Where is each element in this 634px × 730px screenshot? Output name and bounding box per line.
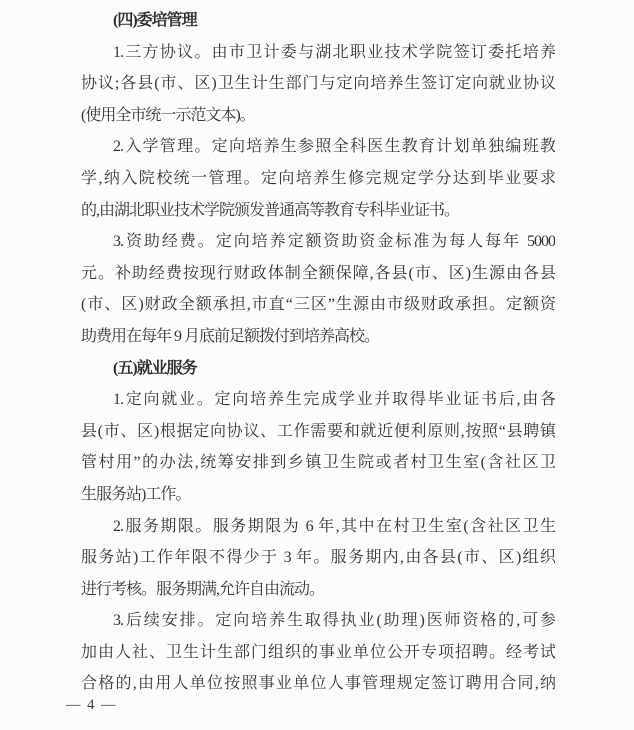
text-line: 县(市、区)根据定向协议、工作需要和就近便利原则,按照“县聘镇 bbox=[81, 416, 555, 448]
text-line: 学,纳入院校统一管理。定向培养生修完规定学分达到毕业要求 bbox=[81, 163, 555, 195]
page-number: — 4 — bbox=[66, 696, 117, 714]
text-line: (使用全市统一示范文本)。 bbox=[81, 100, 555, 132]
document-page: (四)委培管理 1.三方协议。由市卫计委与湖北职业技术学院签订委托培养 协议;各… bbox=[0, 0, 634, 730]
text-line: 加由人社、卫生计生部门组织的事业单位公开专项招聘。经考试 bbox=[81, 637, 555, 669]
text-line: 合格的,由用人单位按照事业单位人事管理规定签订聘用合同,纳 bbox=[81, 668, 555, 700]
text-line: 协议;各县(市、区)卫生计生部门与定向培养生签订定向就业协议 bbox=[81, 68, 555, 100]
text-line: 助费用在每年 9 月底前足额拨付到培养高校。 bbox=[81, 321, 555, 353]
text-line: 管村用”的办法,统筹安排到乡镇卫生院或者村卫生室(含社区卫 bbox=[81, 447, 555, 479]
section-heading: (四)委培管理 bbox=[81, 5, 555, 37]
text-line: 生服务站)工作。 bbox=[81, 479, 555, 511]
text-line: 2.服务期限。服务期限为 6 年,其中在村卫生室(含社区卫生 bbox=[81, 511, 555, 543]
text-line: 的,由湖北职业技术学院颁发普通高等教育专科毕业证书。 bbox=[81, 195, 555, 227]
document-body: (四)委培管理 1.三方协议。由市卫计委与湖北职业技术学院签订委托培养 协议;各… bbox=[81, 5, 555, 700]
text-line: 2.入学管理。定向培养生参照全科医生教育计划单独编班教 bbox=[81, 131, 555, 163]
text-line: 元。补助经费按现行财政体制全额保障,各县(市、区)生源由各县 bbox=[81, 258, 555, 290]
text-line: 3.后续安排。定向培养生取得执业(助理)医师资格的,可参 bbox=[81, 605, 555, 637]
text-line: 进行考核。服务期满,允许自由流动。 bbox=[81, 574, 555, 606]
text-line: 服务站)工作年限不得少于 3 年。服务期内,由各县(市、区)组织 bbox=[81, 542, 555, 574]
text-line: (市、区)财政全额承担,市直“三区”生源由市级财政承担。定额资 bbox=[81, 289, 555, 321]
text-line: 1.定向就业。定向培养生完成学业并取得毕业证书后,由各 bbox=[81, 384, 555, 416]
text-line: 1.三方协议。由市卫计委与湖北职业技术学院签订委托培养 bbox=[81, 37, 555, 69]
text-line: 3.资助经费。定向培养定额资助资金标准为每人每年 5000 bbox=[81, 226, 555, 258]
section-heading: (五)就业服务 bbox=[81, 353, 555, 385]
